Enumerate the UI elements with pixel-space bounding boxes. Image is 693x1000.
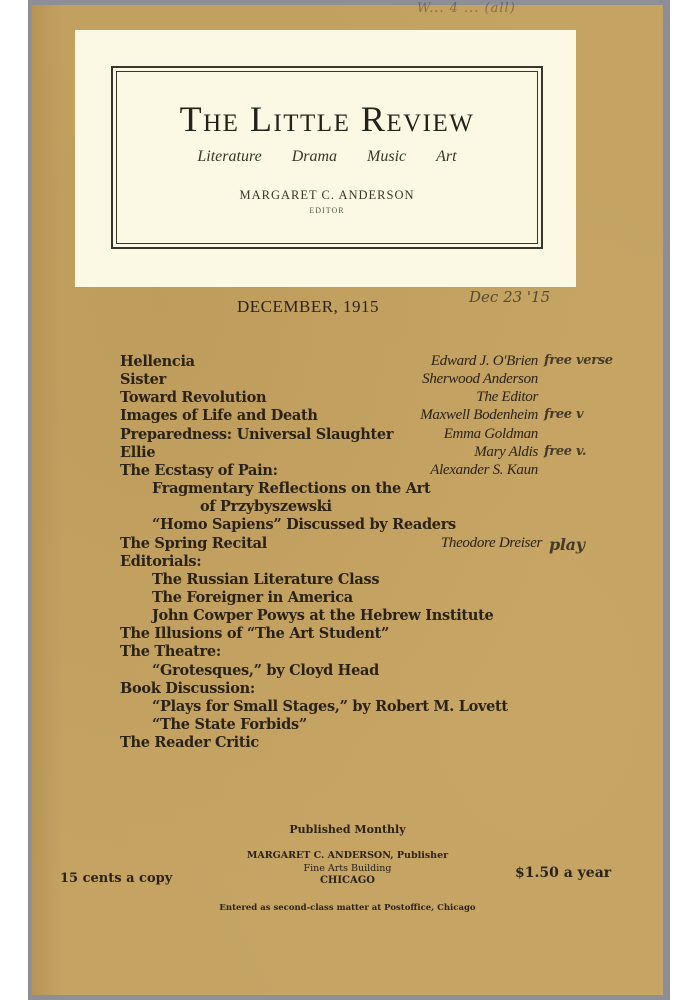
toc-entry-title: “The State Forbids”: [152, 716, 307, 733]
toc-entry: of Przybyszewski: [32, 498, 663, 516]
toc-entry-title: “Grotesques,” by Cloyd Head: [152, 662, 379, 679]
subtitle-drama: Drama: [292, 148, 337, 165]
toc-entry-title: Preparedness: Universal Slaughter: [120, 426, 393, 443]
toc-entry-title: The Foreigner in America: [152, 589, 353, 606]
magazine-cover: W... 4 ... (all) The Little Review Liter…: [32, 5, 663, 995]
toc-entry: The Russian Literature Class: [32, 571, 663, 589]
publisher-name: MARGARET C. ANDERSON, Publisher: [32, 850, 663, 861]
toc-entry: The Spring RecitalTheodore Dreiserplay: [32, 535, 663, 553]
toc-entry: Toward RevolutionThe Editor: [32, 389, 663, 407]
toc-entry-title: The Reader Critic: [120, 734, 259, 751]
toc-entry-title: Fragmentary Reflections on the Art: [152, 480, 430, 497]
toc-entry: HellenciaEdward J. O'Brienfree verse: [32, 353, 663, 371]
issue-date: DECEMBER, 1915: [237, 297, 379, 317]
masthead-label: The Little Review Literature Drama Music…: [75, 30, 576, 287]
toc-entry-title: The Illusions of “The Art Student”: [120, 625, 389, 642]
price-per-copy: 15 cents a copy: [60, 871, 172, 886]
toc-entry-title: “Plays for Small Stages,” by Robert M. L…: [152, 698, 508, 715]
toc-entry-title: The Spring Recital: [120, 535, 267, 552]
toc-entry-title: of Przybyszewski: [200, 498, 332, 515]
toc-entry-title: Images of Life and Death: [120, 407, 318, 424]
handwritten-annotation: free v: [544, 407, 583, 422]
toc-entry-title: Editorials:: [120, 553, 201, 570]
toc-entry: SisterSherwood Anderson: [32, 371, 663, 389]
toc-entry-title: Hellencia: [120, 353, 195, 370]
magazine-title: The Little Review: [113, 98, 541, 140]
toc-entry: Preparedness: Universal SlaughterEmma Go…: [32, 426, 663, 444]
subtitle-art: Art: [436, 148, 456, 165]
toc-entry-title: “Homo Sapiens” Discussed by Readers: [152, 516, 456, 533]
toc-entry-title: Sister: [120, 371, 166, 388]
toc-entry-title: The Ecstasy of Pain:: [120, 462, 278, 479]
toc-entry: The Theatre:: [32, 643, 663, 661]
toc-entry: EllieMary Aldisfree v.: [32, 444, 663, 462]
toc-entry: The Ecstasy of Pain:Alexander S. Kaun: [32, 462, 663, 480]
toc-entry: Images of Life and DeathMaxwell Bodenhei…: [32, 407, 663, 425]
toc-entry: “Grotesques,” by Cloyd Head: [32, 662, 663, 680]
toc-entry: “The State Forbids”: [32, 716, 663, 734]
toc-entry-author: Alexander S. Kaun: [430, 462, 538, 479]
toc-entry: The Reader Critic: [32, 734, 663, 752]
toc-entry-title: The Russian Literature Class: [152, 571, 379, 588]
handwritten-annotation: free v.: [544, 444, 586, 459]
toc-entry: Book Discussion:: [32, 680, 663, 698]
subtitle-literature: Literature: [197, 148, 261, 165]
postal-notice: Entered as second-class matter at Postof…: [32, 903, 663, 913]
toc-entry-author: The Editor: [476, 389, 538, 406]
toc-entry-title: Book Discussion:: [120, 680, 255, 697]
toc-entry-author: Emma Goldman: [444, 426, 538, 443]
handwritten-top-scribble: W... 4 ... (all): [417, 1, 516, 16]
toc-entry: Fragmentary Reflections on the Art: [32, 480, 663, 498]
toc-entry: Editorials:: [32, 553, 663, 571]
magazine-subtitle: Literature Drama Music Art: [113, 148, 541, 166]
handwritten-annotation: free verse: [544, 353, 613, 368]
toc-entry: “Homo Sapiens” Discussed by Readers: [32, 516, 663, 534]
masthead-frame: The Little Review Literature Drama Music…: [111, 66, 543, 249]
toc-entry-author: Edward J. O'Brien: [431, 353, 538, 370]
toc-entry-title: Ellie: [120, 444, 155, 461]
subtitle-music: Music: [367, 148, 406, 165]
toc-entry-title: The Theatre:: [120, 643, 221, 660]
toc-entry-author: Theodore Dreiser: [441, 535, 542, 552]
handwritten-annotation: play: [549, 535, 585, 554]
toc-entry-title: Toward Revolution: [120, 389, 266, 406]
toc-entry: The Foreigner in America: [32, 589, 663, 607]
publication-frequency: Published Monthly: [32, 823, 663, 836]
toc-entry: The Illusions of “The Art Student”: [32, 625, 663, 643]
toc-entry-author: Sherwood Anderson: [422, 371, 538, 388]
toc-entry-title: John Cowper Powys at the Hebrew Institut…: [152, 607, 493, 624]
toc-entry-author: Mary Aldis: [474, 444, 538, 461]
editor-role: EDITOR: [113, 206, 541, 215]
toc-entry: John Cowper Powys at the Hebrew Institut…: [32, 607, 663, 625]
editor-name: MARGARET C. ANDERSON: [113, 188, 541, 203]
toc-entry-author: Maxwell Bodenheim: [420, 407, 538, 424]
price-per-year: $1.50 a year: [515, 865, 611, 881]
toc-entry: “Plays for Small Stages,” by Robert M. L…: [32, 698, 663, 716]
handwritten-date-note: Dec 23 '15: [469, 288, 550, 306]
